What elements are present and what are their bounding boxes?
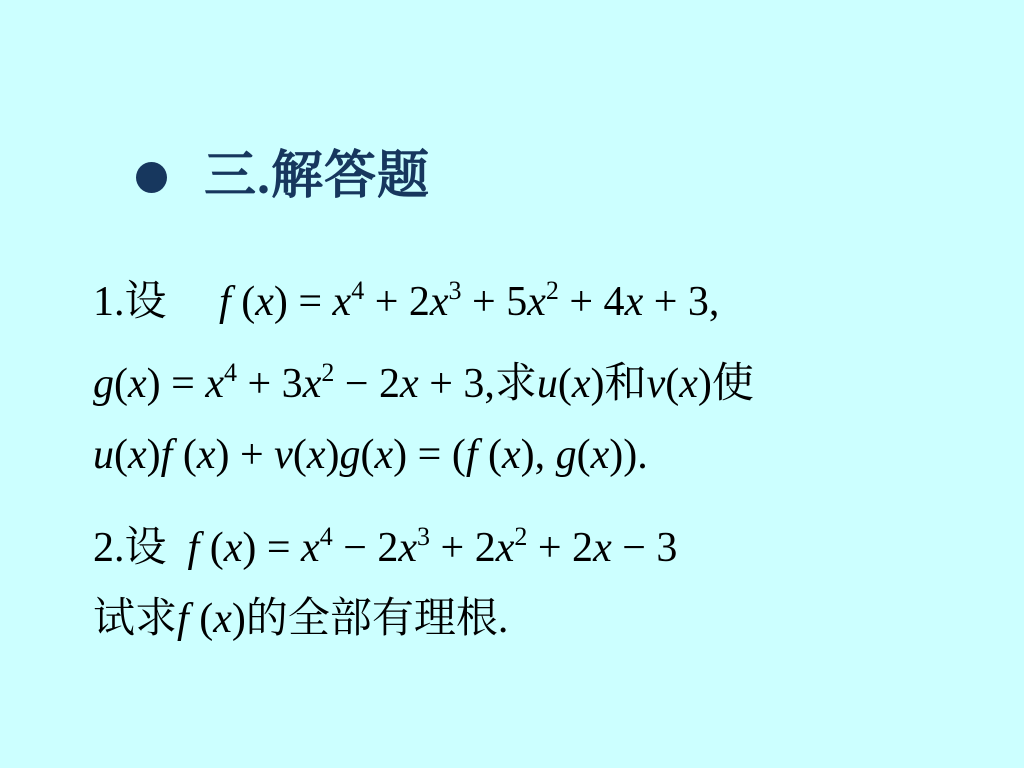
math-segment: f: [219, 279, 231, 325]
exponent: 4: [320, 522, 333, 551]
math-segment: ): [325, 432, 339, 478]
math-segment: f: [177, 596, 189, 642]
math-segment: x: [213, 596, 232, 642]
math-segment: ): [147, 432, 161, 478]
math-segment: x: [398, 525, 417, 571]
math-segment: (: [293, 432, 307, 478]
math-segment: (: [114, 432, 128, 478]
math-segment: + 3,: [643, 279, 719, 325]
math-segment: f: [466, 432, 478, 478]
bullet-icon: [136, 162, 167, 193]
math-segment: ): [232, 596, 246, 642]
math-segment: v: [647, 361, 666, 407]
math-segment: [167, 525, 188, 571]
slide: 三.解答题 1.设 f (x) = x4 + 2x3 + 5x2 + 4x + …: [0, 0, 1024, 768]
math-segment: (: [114, 361, 128, 407]
math-segment: 试求: [93, 596, 177, 642]
math-segment: ) =: [274, 279, 333, 325]
math-segment: x: [333, 279, 352, 325]
math-segment: [167, 279, 220, 325]
math-segment: .: [498, 596, 509, 642]
math-segment: x: [374, 432, 393, 478]
math-segment: + 2: [430, 525, 496, 571]
math-segment: − 3: [612, 525, 678, 571]
math-segment: ),: [521, 432, 556, 478]
math-segment: x: [128, 361, 147, 407]
math-segment: x: [301, 525, 320, 571]
exponent: 2: [321, 358, 334, 387]
math-segment: 使: [712, 361, 754, 407]
math-segment: 求: [495, 361, 537, 407]
math-segment: ) +: [215, 432, 274, 478]
exponent: 3: [449, 276, 462, 305]
problem2-equation-f: 2.设 f (x) = x4 − 2x3 + 2x2 + 2x − 3: [93, 496, 1003, 578]
math-segment: u: [93, 432, 114, 478]
math-segment: x: [591, 432, 610, 478]
math-segment: + 5: [462, 279, 528, 325]
math-segment: g: [556, 432, 577, 478]
math-segment: v: [274, 432, 293, 478]
math-segment: − 2: [333, 525, 399, 571]
math-segment: + 2: [364, 279, 430, 325]
math-segment: x: [197, 432, 216, 478]
math-segment: + 3: [237, 361, 303, 407]
math-segment: + 3,: [419, 361, 495, 407]
exponent: 4: [351, 276, 364, 305]
math-segment: (: [360, 432, 374, 478]
problem2-question-text: 试求f (x)的全部有理根.: [93, 578, 1003, 660]
math-segment: 1.设: [93, 279, 167, 325]
problem1-equation-g: g(x) = x4 + 3x2 − 2x + 3,求u(x)和v(x)使: [93, 332, 1003, 414]
exponent: 3: [417, 522, 430, 551]
math-segment: x: [255, 279, 274, 325]
math-segment: + 2: [527, 525, 593, 571]
math-segment: x: [430, 279, 449, 325]
math-segment: (: [477, 432, 502, 478]
math-segment: (: [199, 525, 224, 571]
math-segment: 2.设: [93, 525, 167, 571]
math-segment: x: [303, 361, 322, 407]
math-segment: u: [537, 361, 558, 407]
math-segment: x: [205, 361, 224, 407]
math-segment: x: [307, 432, 326, 478]
math-segment: ): [698, 361, 712, 407]
math-segment: )).: [609, 432, 647, 478]
math-segment: x: [593, 525, 612, 571]
math-segment: x: [224, 525, 243, 571]
math-segment: x: [400, 361, 419, 407]
math-segment: ) =: [242, 525, 301, 571]
math-segment: (: [558, 361, 572, 407]
page-title: 三.解答题: [204, 146, 430, 208]
math-segment: f: [161, 432, 173, 478]
math-segment: x: [527, 279, 546, 325]
math-segment: − 2: [334, 361, 400, 407]
math-segment: x: [679, 361, 698, 407]
problem1-gcd-identity: u(x)f (x) + v(x)g(x) = (f (x), g(x)).: [93, 414, 1003, 496]
math-segment: 和: [605, 361, 647, 407]
math-segment: (: [231, 279, 256, 325]
math-segment: x: [502, 432, 521, 478]
exponent: 2: [546, 276, 559, 305]
math-segment: ): [591, 361, 605, 407]
math-segment: (: [172, 432, 197, 478]
math-segment: (: [189, 596, 214, 642]
math-segment: x: [496, 525, 515, 571]
math-segment: ) =: [147, 361, 206, 407]
math-segment: g: [93, 361, 114, 407]
math-segment: (: [577, 432, 591, 478]
math-segment: x: [128, 432, 147, 478]
exponent: 2: [514, 522, 527, 551]
problem1-equation-f: 1.设 f (x) = x4 + 2x3 + 5x2 + 4x + 3,: [93, 250, 1003, 332]
math-segment: f: [188, 525, 200, 571]
math-segment: + 4: [559, 279, 625, 325]
math-segment: ) = (: [393, 432, 466, 478]
math-segment: 的全部有理根: [246, 596, 498, 642]
math-segment: x: [572, 361, 591, 407]
math-segment: g: [339, 432, 360, 478]
slide-title-row: 三.解答题: [136, 146, 430, 208]
math-segment: x: [625, 279, 644, 325]
slide-body: 1.设 f (x) = x4 + 2x3 + 5x2 + 4x + 3, g(x…: [93, 250, 1003, 660]
exponent: 4: [224, 358, 237, 387]
math-segment: (: [665, 361, 679, 407]
